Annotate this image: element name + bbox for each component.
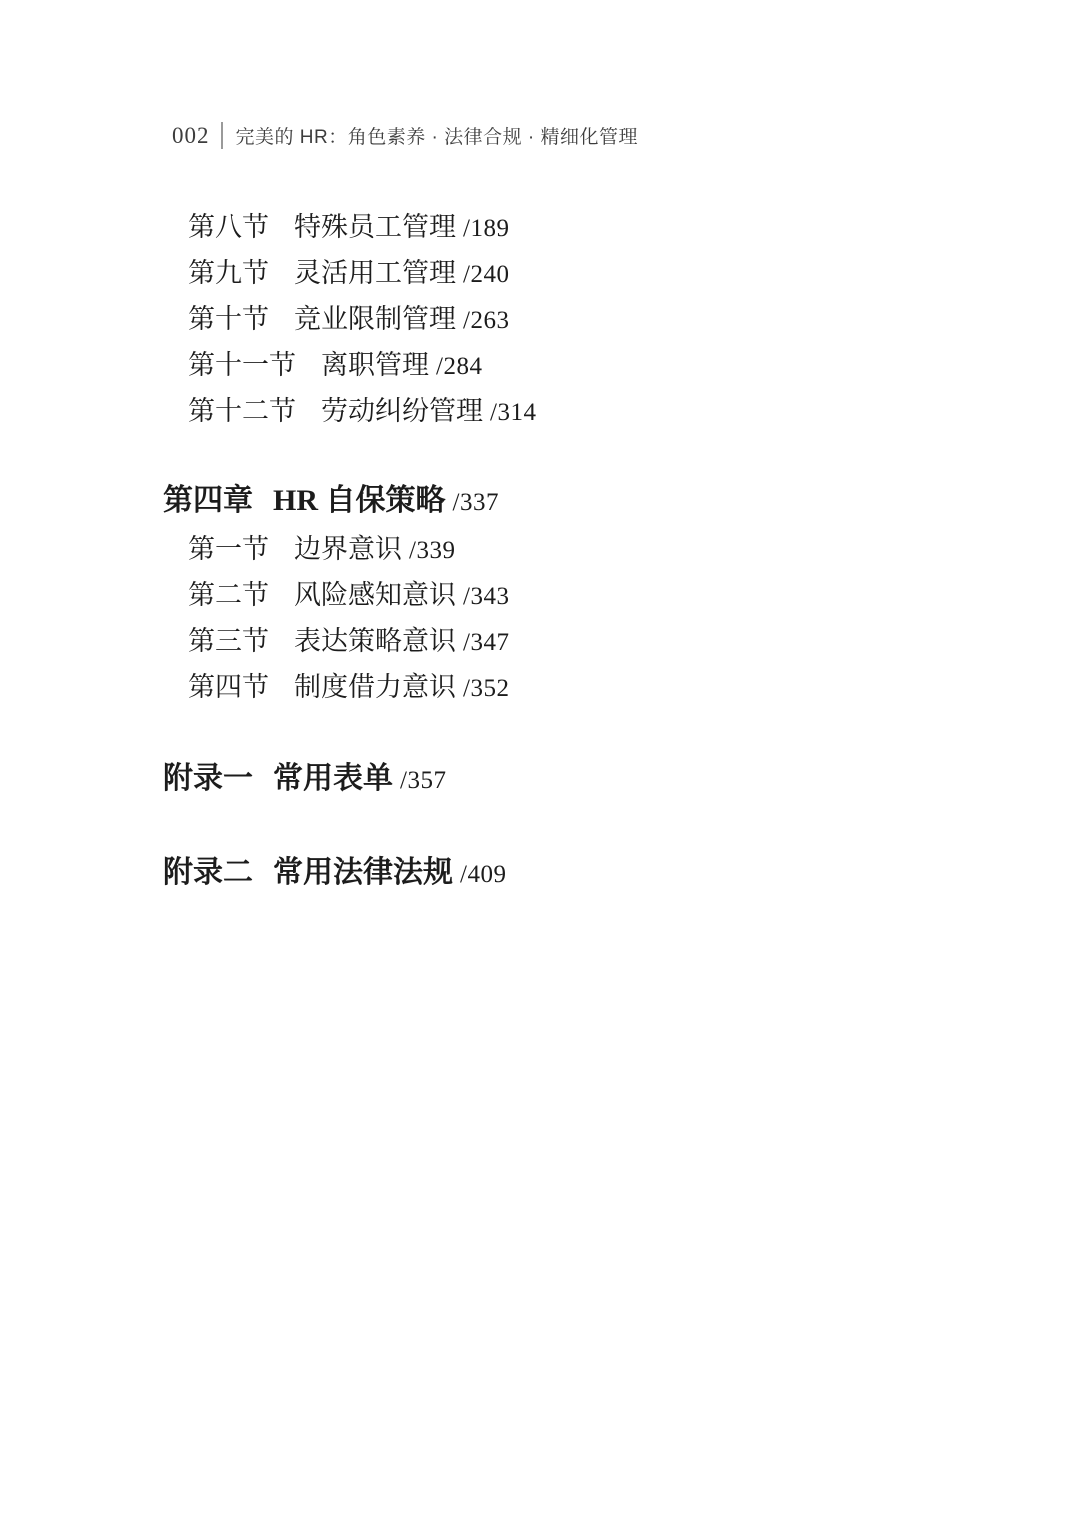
toc-entry-page: /352 (463, 675, 509, 702)
toc-entry-page: /337 (453, 489, 499, 516)
toc-entry-page: /189 (463, 215, 509, 242)
toc-entry-title: 制度借力意识 (294, 672, 456, 702)
toc-entry-title: HR 自保策略 (273, 484, 446, 517)
toc-entry-appendix: 附录一常用表单/357 (0, 755, 1080, 805)
toc-entry-label: 附录二 (163, 856, 253, 889)
toc-entry: 第二节风险感知意识/343 (0, 573, 1080, 619)
toc-entry-title: 风险感知意识 (294, 580, 456, 610)
table-of-contents: 第八节特殊员工管理/189 第九节灵活用工管理/240 第十节竞业限制管理/26… (0, 205, 1080, 899)
toc-entry-label: 第四节 (188, 672, 269, 702)
toc-entry: 第十二节劳动纠纷管理/314 (0, 389, 1080, 435)
toc-entry-page: /339 (409, 537, 455, 564)
toc-entry: 第十一节离职管理/284 (0, 343, 1080, 389)
toc-entry-page: /347 (463, 629, 509, 656)
toc-entry-page: /284 (436, 353, 482, 380)
toc-entry-label: 第十节 (188, 304, 269, 334)
toc-entry-label: 第三节 (188, 626, 269, 656)
toc-entry-chapter: 第四章HR 自保策略/337 (0, 477, 1080, 527)
toc-entry-appendix: 附录二常用法律法规/409 (0, 849, 1080, 899)
toc-entry-page: /263 (463, 307, 509, 334)
toc-entry-page: /409 (460, 861, 506, 888)
toc-entry-label: 第二节 (188, 580, 269, 610)
toc-entry: 第一节边界意识/339 (0, 527, 1080, 573)
toc-entry-label: 第八节 (188, 212, 269, 242)
toc-entry-title: 边界意识 (294, 534, 402, 564)
toc-entry-page: /357 (400, 767, 446, 794)
running-book-title: 完美的 HR：角色素养 · 法律合规 · 精细化管理 (236, 122, 639, 149)
toc-entry: 第九节灵活用工管理/240 (0, 251, 1080, 297)
toc-entry-page: /314 (490, 399, 536, 426)
toc-entry-title: 常用表单 (273, 762, 393, 795)
toc-entry-title: 特殊员工管理 (294, 212, 456, 242)
toc-entry-label: 第一节 (188, 534, 269, 564)
toc-entry: 第八节特殊员工管理/189 (0, 205, 1080, 251)
toc-entry-label: 第十二节 (188, 396, 296, 426)
running-header: 002 完美的 HR：角色素养 · 法律合规 · 精细化管理 (172, 122, 638, 149)
toc-entry-label: 第九节 (188, 258, 269, 288)
toc-entry-label: 第十一节 (188, 350, 296, 380)
header-divider-line (221, 122, 223, 149)
toc-entry-title: 表达策略意识 (294, 626, 456, 656)
toc-entry: 第十节竞业限制管理/263 (0, 297, 1080, 343)
toc-entry: 第三节表达策略意识/347 (0, 619, 1080, 665)
toc-entry-page: /240 (463, 261, 509, 288)
book-page: 002 完美的 HR：角色素养 · 法律合规 · 精细化管理 第八节特殊员工管理… (0, 0, 1080, 1525)
toc-entry-title: 竞业限制管理 (294, 304, 456, 334)
toc-entry-label: 附录一 (163, 762, 253, 795)
toc-entry-title: 离职管理 (321, 350, 429, 380)
toc-entry-title: 常用法律法规 (273, 856, 453, 889)
folio-page-number: 002 (172, 123, 210, 149)
toc-entry-page: /343 (463, 583, 509, 610)
toc-entry: 第四节制度借力意识/352 (0, 665, 1080, 711)
toc-entry-title: 劳动纠纷管理 (321, 396, 483, 426)
toc-entry-title: 灵活用工管理 (294, 258, 456, 288)
toc-entry-label: 第四章 (163, 484, 253, 517)
